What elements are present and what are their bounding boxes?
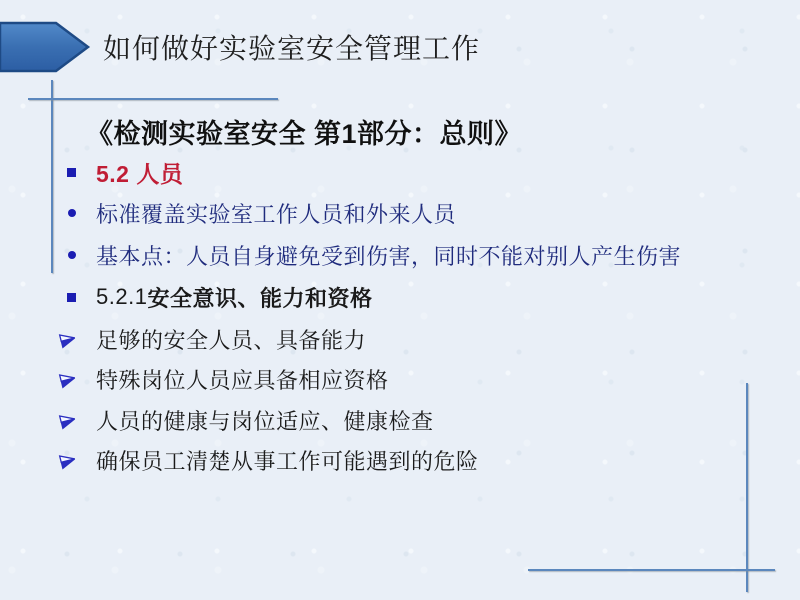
arrowhead-bullet-icon [60,413,96,428]
list-item-label: 标准覆盖实验室工作人员和外来人员 [96,198,456,229]
list-item: 特殊岗位人员应具备相应资格 [60,364,389,394]
decorative-line-horizontal-left [28,98,278,100]
list-item: 基本点：人员自身避免受到伤害，同时不能对别人产生伤害 [60,240,681,270]
list-item-label: 特殊岗位人员应具备相应资格 [96,364,389,395]
list-item-label: 确保员工清楚从事工作可能遇到的危险 [96,445,479,476]
section-heading: 《检测实验室安全 第1部分：总则》 [86,112,522,151]
list-item-label: 安全意识、能力和资格 [147,282,372,313]
decorative-line-vertical-left [51,80,53,273]
list-item: 5.2 人员 [60,157,183,187]
list-item-label: 人员的健康与岗位适应、健康检查 [96,405,434,436]
list-item-label: 5.2 人员 [96,156,183,189]
arrowhead-bullet-icon [60,372,96,387]
list-item: 确保员工清楚从事工作可能遇到的危险 [60,445,479,475]
list-item: 5.2.1 安全意识、能力和资格 [60,282,372,312]
list-item: 足够的安全人员、具备能力 [60,324,366,354]
arrowhead-bullet-icon [60,453,96,468]
list-item: 标准覆盖实验室工作人员和外来人员 [60,198,456,228]
square-bullet-icon [60,293,96,302]
dot-bullet-icon [60,209,96,217]
list-item-label: 基本点：人员自身避免受到伤害，同时不能对别人产生伤害 [96,240,681,271]
list-item-number: 5.2.1 [96,284,147,310]
decorative-line-horizontal-right [528,569,775,571]
dot-bullet-icon [60,251,96,259]
slide-title: 如何做好实验室安全管理工作 [103,27,480,67]
presentation-slide: 如何做好实验室安全管理工作 《检测实验室安全 第1部分：总则》 5.2 人员 标… [0,0,800,600]
arrowhead-bullet-icon [60,332,96,347]
list-item: 人员的健康与岗位适应、健康检查 [60,405,434,435]
square-bullet-icon [60,168,96,177]
banner-arrow-icon [0,20,92,74]
list-item-label: 足够的安全人员、具备能力 [96,324,366,355]
decorative-line-vertical-right [746,383,748,592]
